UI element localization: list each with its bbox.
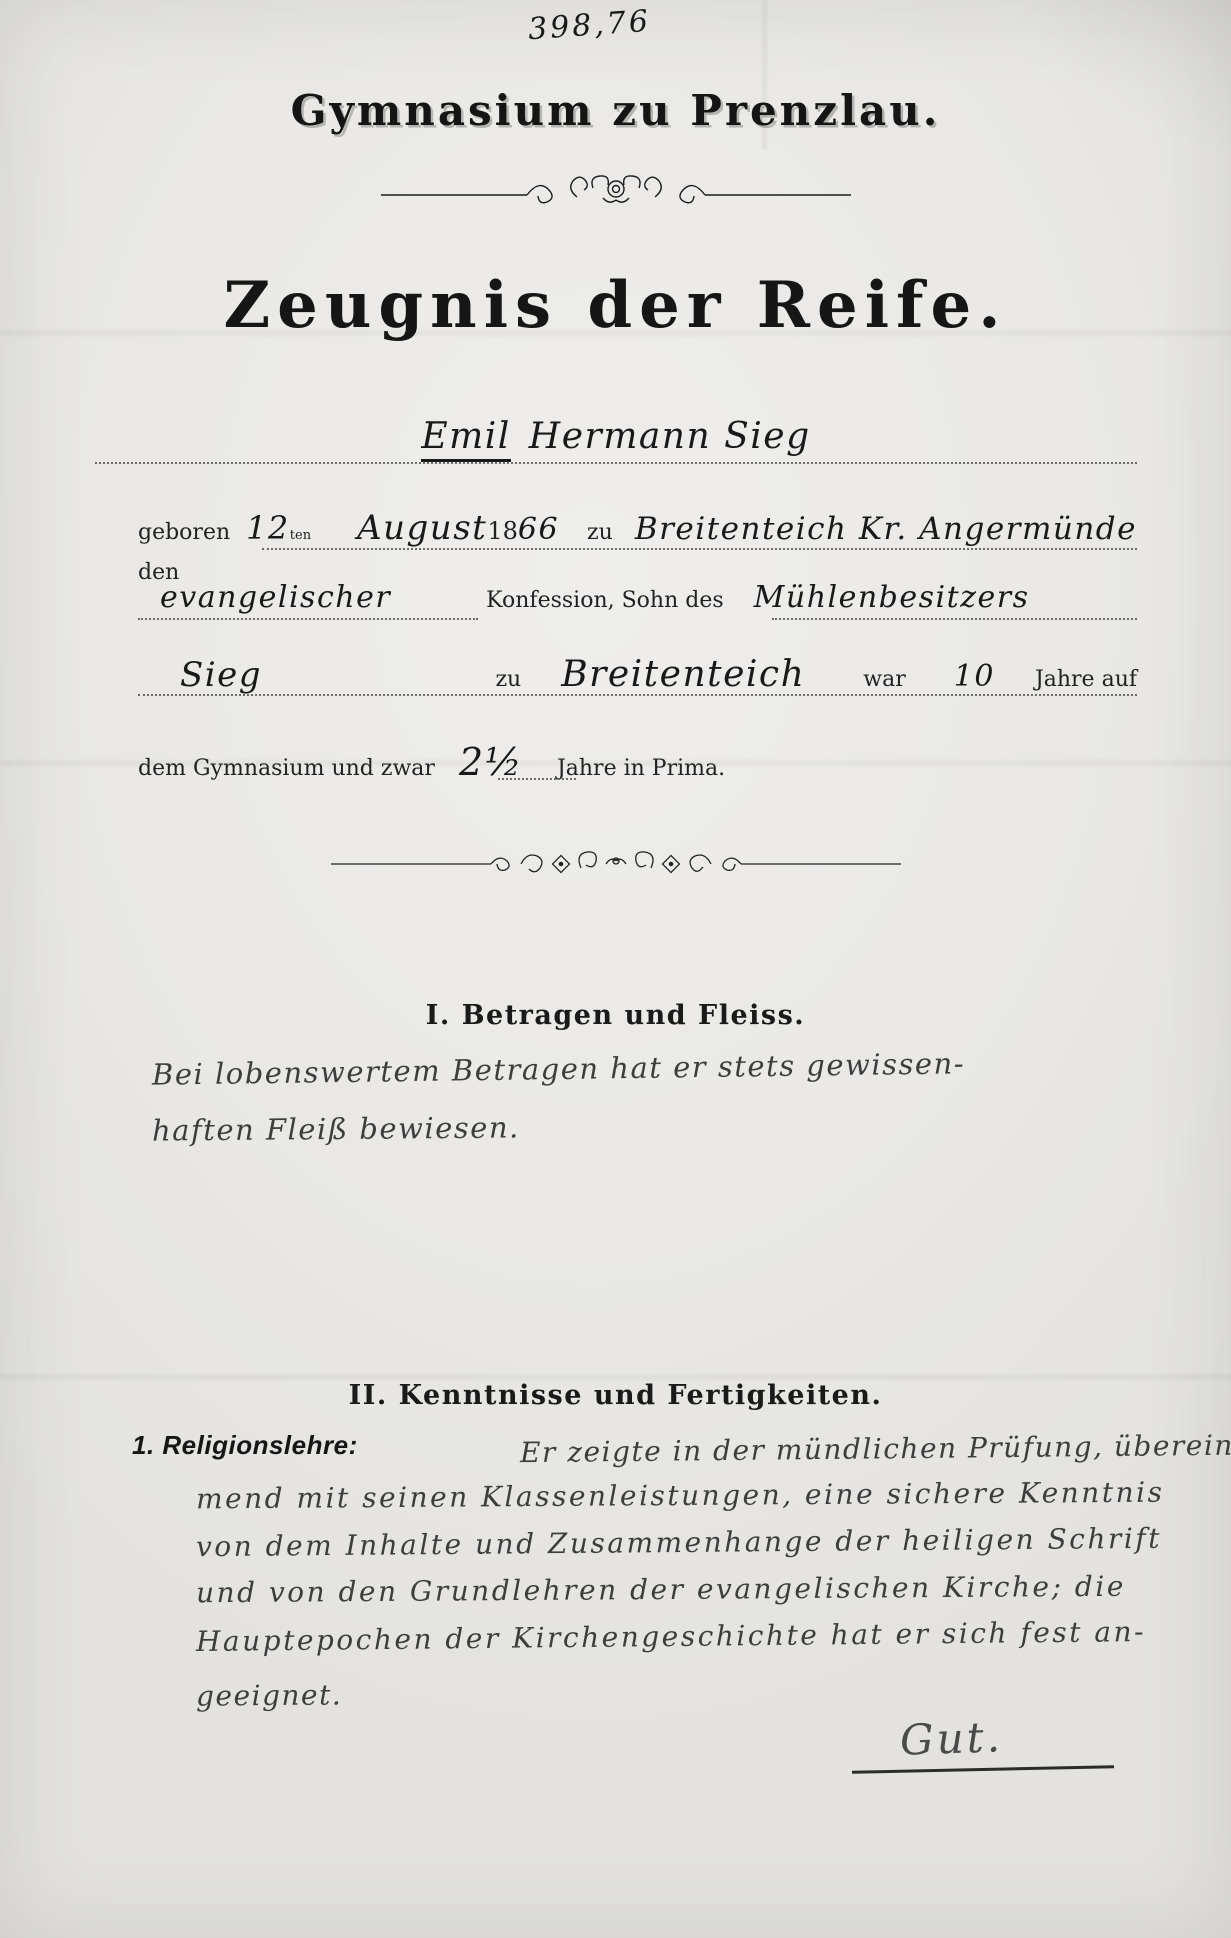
scrollwork-ornament-icon	[381, 174, 851, 208]
school-name: Gymnasium zu Prenzlau.	[0, 86, 1231, 135]
behavior-text-line: haften Fleiß bewiesen.	[152, 1110, 520, 1147]
paper-shading	[1011, 0, 1231, 160]
section-1-heading: I. Betragen und Fleiss.	[0, 1000, 1231, 1031]
fill-in-rule	[95, 462, 1137, 464]
years-at-school: 10	[954, 659, 995, 694]
subject-religion-label: 1. Religionslehre:	[132, 1430, 358, 1461]
gym-prefix: dem Gymnasium und zwar	[138, 749, 435, 789]
grade-underline	[852, 1765, 1114, 1773]
gym-suffix: Jahre in Prima.	[557, 749, 725, 789]
fill-in-rule	[498, 778, 576, 780]
father-occupation: Mühlenbesitzers	[754, 580, 1030, 615]
father-surname: Sieg	[180, 655, 262, 695]
section-2-heading: II. Kenntnisse und Fertigkeiten.	[0, 1380, 1231, 1411]
ornament-divider-top	[0, 174, 1231, 212]
confession-label: Konfession, Sohn des	[486, 581, 723, 621]
year-printed: 18	[487, 517, 518, 545]
religion-text-line: Hauptepochen der Kirchengeschichte hat e…	[196, 1615, 1146, 1658]
birth-day-suffix: ten	[290, 528, 311, 543]
student-first-name: Emil	[421, 416, 510, 462]
fill-in-rule	[772, 618, 1137, 620]
religion-text-line: Er zeigte in der mündlichen Prüfung, übe…	[520, 1428, 1231, 1469]
religion-text-line: und von den Grundlehren der evangelische…	[196, 1570, 1126, 1609]
religion-text-line: geeignet.	[196, 1678, 342, 1712]
ornament-divider-middle	[0, 848, 1231, 882]
birth-day: 12	[246, 509, 290, 547]
student-rest-name: Hermann Sieg	[529, 416, 811, 457]
gymnasium-row: dem Gymnasium und zwar 2½ Jahre in Prima…	[138, 740, 1137, 789]
fill-in-rule	[138, 618, 478, 620]
fill-in-rule	[262, 548, 1137, 550]
certificate-document: 398,76 Gymnasium zu Prenzlau. Zeugnis de…	[0, 0, 1231, 1938]
birth-place: Breitenteich Kr. Angermünde	[635, 511, 1137, 547]
religion-text-line: mend mit seinen Klassenleistungen, eine …	[196, 1476, 1165, 1516]
document-title: Zeugnis der Reife.	[0, 268, 1231, 343]
religion-grade: Gut.	[899, 1712, 1003, 1765]
fill-in-rule	[138, 694, 1137, 696]
year-written: 66	[518, 512, 559, 547]
birth-month: August	[357, 508, 487, 548]
confession-row: evangelischer Konfession, Sohn des Mühle…	[138, 580, 1137, 621]
religion-text-line: von dem Inhalte und Zusammenhange der he…	[196, 1522, 1162, 1563]
confession-value: evangelischer	[160, 580, 391, 615]
archive-number: 398,76	[527, 4, 652, 47]
zu-label: zu	[587, 513, 613, 553]
residence: Breitenteich	[561, 654, 805, 695]
scrollwork-ornament-icon	[331, 848, 901, 878]
student-name-row: Emil Hermann Sieg	[95, 416, 1137, 462]
behavior-text-line: Bei lobenswertem Betragen hat er stets g…	[152, 1046, 965, 1091]
